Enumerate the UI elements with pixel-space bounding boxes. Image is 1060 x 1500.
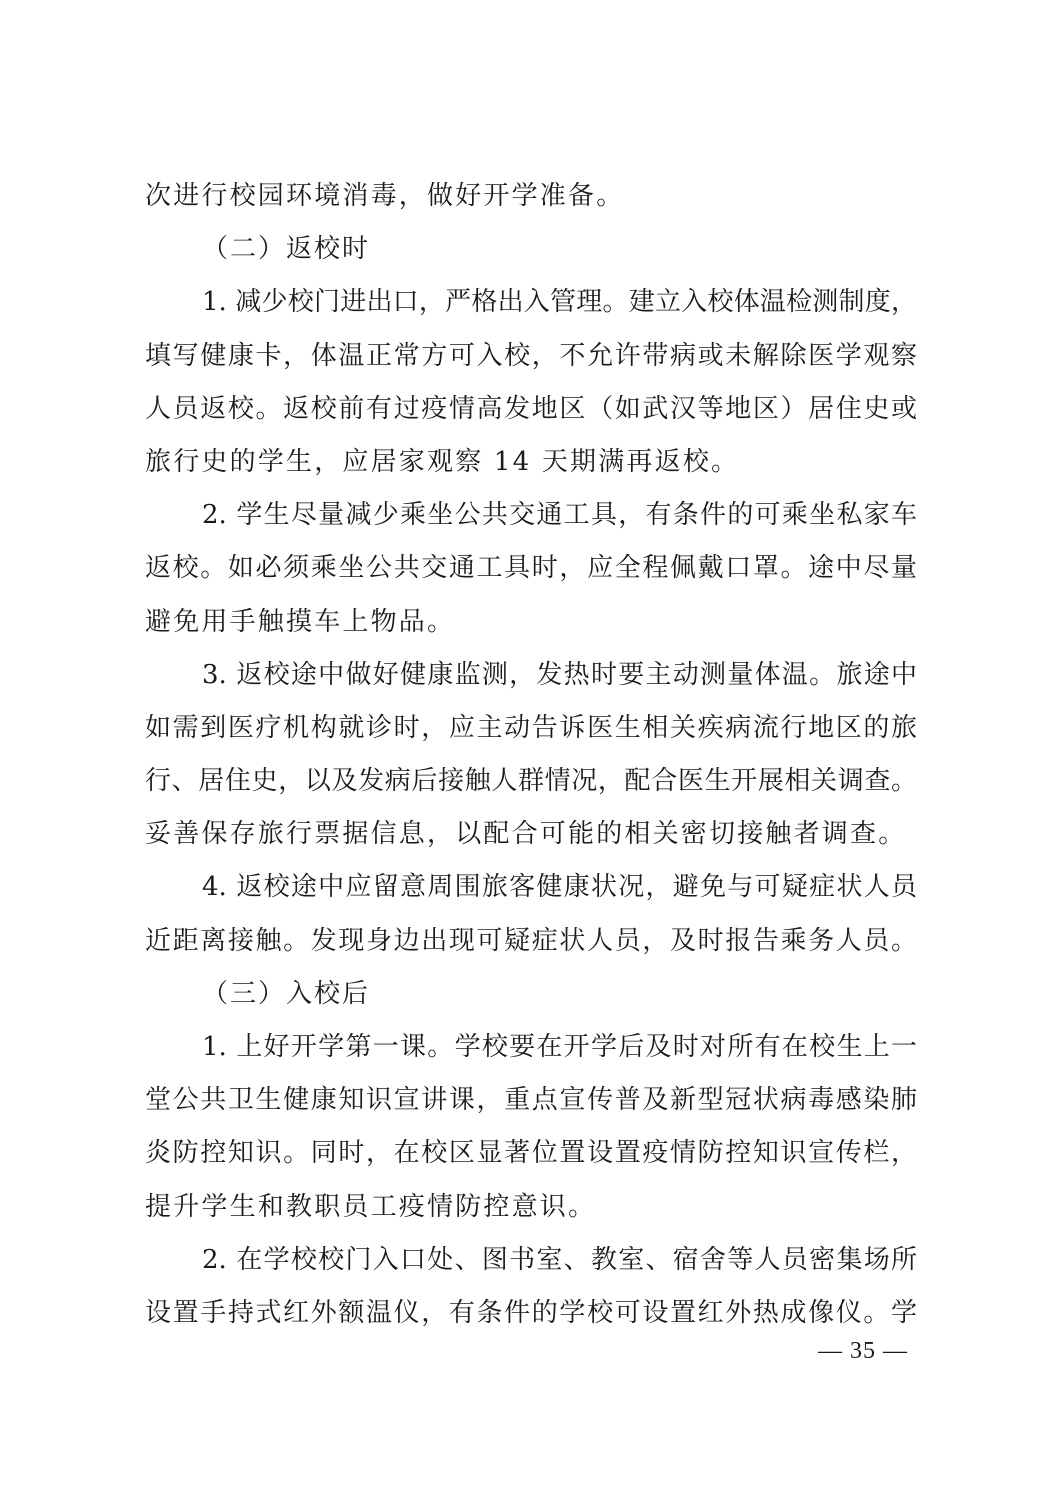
paragraph-line: 避免用手触摸车上物品。 bbox=[145, 596, 917, 649]
document-page: 次进行校园环境消毒，做好开学准备。 （二）返校时 1. 减少校门进出口，严格出入… bbox=[0, 0, 1060, 1500]
paragraph-line: 人员返校。返校前有过疫情高发地区（如武汉等地区）居住史或 bbox=[145, 383, 917, 436]
paragraph-line: 如需到医疗机构就诊时，应主动告诉医生相关疾病流行地区的旅 bbox=[145, 702, 917, 755]
paragraph-line: 近距离接触。发现身边出现可疑症状人员，及时报告乘务人员。 bbox=[145, 915, 917, 968]
document-body: 次进行校园环境消毒，做好开学准备。 （二）返校时 1. 减少校门进出口，严格出入… bbox=[145, 170, 917, 1340]
paragraph-line: 1. 上好开学第一课。学校要在开学后及时对所有在校生上一 bbox=[145, 1021, 917, 1074]
paragraph-line: 炎防控知识。同时，在校区显著位置设置疫情防控知识宣传栏， bbox=[145, 1127, 917, 1180]
paragraph-line: 1. 减少校门进出口，严格出入管理。建立入校体温检测制度， bbox=[145, 276, 917, 329]
paragraph-line: 3. 返校途中做好健康监测，发热时要主动测量体温。旅途中 bbox=[145, 649, 917, 702]
paragraph-line: 堂公共卫生健康知识宣讲课，重点宣传普及新型冠状病毒感染肺 bbox=[145, 1074, 917, 1127]
paragraph-line: 提升学生和教职员工疫情防控意识。 bbox=[145, 1181, 917, 1234]
paragraph-line: 4. 返校途中应留意周围旅客健康状况，避免与可疑症状人员 bbox=[145, 861, 917, 914]
paragraph-line: 返校。如必须乘坐公共交通工具时，应全程佩戴口罩。途中尽量 bbox=[145, 542, 917, 595]
paragraph-line: 2. 在学校校门入口处、图书室、教室、宿舍等人员密集场所 bbox=[145, 1234, 917, 1287]
paragraph-line: 填写健康卡，体温正常方可入校，不允许带病或未解除医学观察 bbox=[145, 330, 917, 383]
continuation-line: 次进行校园环境消毒，做好开学准备。 bbox=[145, 170, 917, 223]
page-number: — 35 — bbox=[818, 1338, 908, 1365]
section-heading-returning: （二）返校时 bbox=[145, 223, 917, 276]
paragraph-line: 妥善保存旅行票据信息，以配合可能的相关密切接触者调查。 bbox=[145, 808, 917, 861]
paragraph-line: 2. 学生尽量减少乘坐公共交通工具，有条件的可乘坐私家车 bbox=[145, 489, 917, 542]
paragraph-line: 旅行史的学生，应居家观察 14 天期满再返校。 bbox=[145, 436, 917, 489]
section-heading-after-entry: （三）入校后 bbox=[145, 968, 917, 1021]
paragraph-line: 行、居住史，以及发病后接触人群情况，配合医生开展相关调查。 bbox=[145, 755, 917, 808]
paragraph-line: 设置手持式红外额温仪，有条件的学校可设置红外热成像仪。学 bbox=[145, 1287, 917, 1340]
